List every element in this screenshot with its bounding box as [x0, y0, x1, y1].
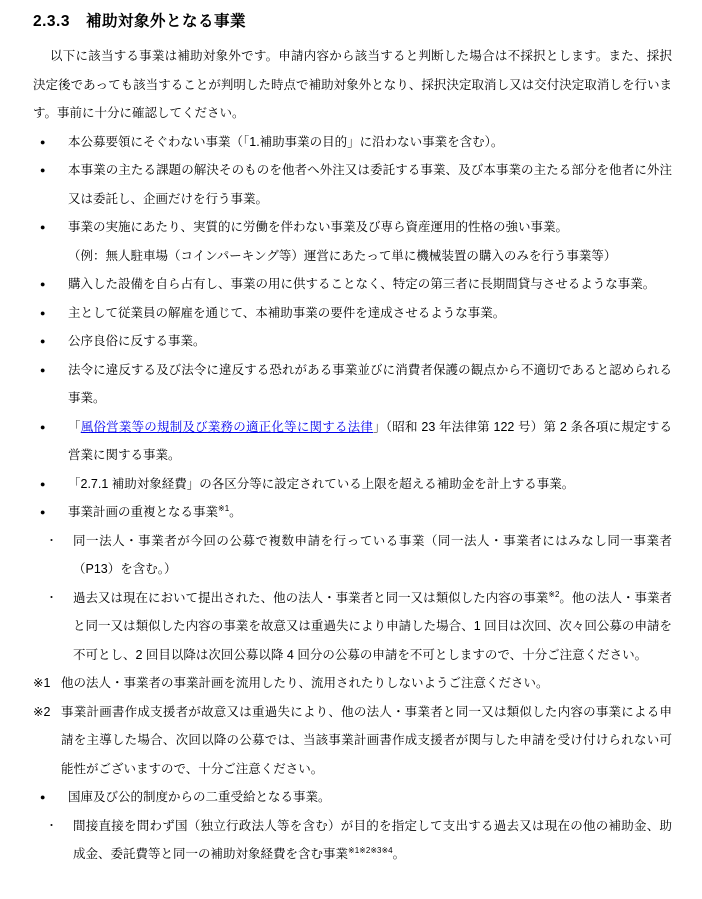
- fueiho-law-link[interactable]: 風俗営業等の規制及び業務の適正化等に関する法律: [81, 420, 373, 434]
- bullet-icon: ●: [33, 783, 68, 812]
- sub-bullet-icon: ・: [33, 527, 73, 556]
- sub-bullet-text-part1: 過去又は現在において提出された、他の法人・事業者と同一又は類似した内容の事業: [73, 591, 548, 605]
- footnote-1-label: ※1: [33, 669, 61, 698]
- bullet-item-dismissal: ● 主として従業員の解雇を通じて、本補助事業の要件を達成させるような事業。: [33, 299, 672, 328]
- footnote-2: ※2 事業計画書作成支援者が故意又は重過失により、他の法人・事業者と同一又は類似…: [33, 698, 672, 784]
- bullet-text: 「風俗営業等の規制及び業務の適正化等に関する法律」（昭和 23 年法律第 122…: [68, 413, 672, 470]
- bullet-text: 主として従業員の解雇を通じて、本補助事業の要件を達成させるような事業。: [68, 299, 672, 328]
- footnote-1: ※1 他の法人・事業者の事業計画を流用したり、流用されたりしないようご注意くださ…: [33, 669, 672, 698]
- bullet-icon: ●: [33, 498, 68, 527]
- sub-bullet-same-expenses: ・ 間接直接を問わず国（独立行政法人等を含む）が目的を指定して支出する過去又は現…: [33, 812, 672, 869]
- intro-paragraph: 以下に該当する事業は補助対象外です。申請内容から該当すると判断した場合は不採択と…: [33, 42, 672, 128]
- bullet-icon: ●: [33, 156, 68, 185]
- document-page: 2.3.3 補助対象外となる事業 以下に該当する事業は補助対象外です。申請内容か…: [0, 0, 702, 899]
- bullet-text: 国庫及び公的制度からの二重受給となる事業。: [68, 783, 672, 812]
- bullet-item-adult-business-law: ● 「風俗営業等の規制及び業務の適正化等に関する法律」（昭和 23 年法律第 1…: [33, 413, 672, 470]
- bullet-text-example: （例：無人駐車場（コインパーキング等）運営にあたって単に機械装置の購入のみを行う…: [68, 242, 672, 271]
- bullet-text: 本公募要領にそぐわない事業（「1.補助事業の目的」に沿わない事業を含む）。: [68, 128, 672, 157]
- bullet-icon: ●: [33, 356, 68, 385]
- period: 。: [229, 505, 242, 519]
- bullet-icon: ●: [33, 128, 68, 157]
- bullet-icon: ●: [33, 213, 68, 242]
- footnote-2-label: ※2: [33, 698, 61, 727]
- quote-open: 「: [68, 420, 81, 434]
- section-heading: 2.3.3 補助対象外となる事業: [33, 0, 672, 33]
- bullet-icon: ●: [33, 470, 68, 499]
- sub-bullet-text: 過去又は現在において提出された、他の法人・事業者と同一又は類似した内容の事業※2…: [73, 584, 672, 670]
- bullet-item-requirements: ● 本公募要領にそぐわない事業（「1.補助事業の目的」に沿わない事業を含む）。: [33, 128, 672, 157]
- sub-bullet-similar-content: ・ 過去又は現在において提出された、他の法人・事業者と同一又は類似した内容の事業…: [33, 584, 672, 670]
- sub-bullet-text: 同一法人・事業者が今回の公募で複数申請を行っている事業（同一法人・事業者にはみな…: [73, 527, 672, 584]
- bullet-icon: ●: [33, 299, 68, 328]
- bullet-item-duplicate-plan: ● 事業計画の重複となる事業※1。: [33, 498, 672, 527]
- footnote-ref-1: ※1: [218, 504, 229, 513]
- bullet-text: 公序良俗に反する事業。: [68, 327, 672, 356]
- bullet-icon: ●: [33, 327, 68, 356]
- bullet-text: 本事業の主たる課題の解決そのものを他者へ外注又は委託する事業、及び本事業の主たる…: [68, 156, 672, 213]
- footnote-1-text: 他の法人・事業者の事業計画を流用したり、流用されたりしないようご注意ください。: [61, 669, 672, 698]
- bullet-text-main: 事業の実施にあたり、実質的に労働を伴わない事業及び専ら資産運用的性格の強い事業。: [68, 213, 672, 242]
- bullet-item-expense-limit: ● 「2.7.1 補助対象経費」の各区分等に設定されている上限を超える補助金を計…: [33, 470, 672, 499]
- sub-bullet-icon: ・: [33, 812, 73, 841]
- bullet-icon: ●: [33, 270, 68, 299]
- bullet-item-outsourcing: ● 本事業の主たる課題の解決そのものを他者へ外注又は委託する事業、及び本事業の主…: [33, 156, 672, 213]
- bullet-text-main: 事業計画の重複となる事業: [68, 505, 218, 519]
- footnote-2-text: 事業計画書作成支援者が故意又は重過失により、他の法人・事業者と同一又は類似した内…: [61, 698, 672, 784]
- bullet-text: 事業の実施にあたり、実質的に労働を伴わない事業及び専ら資産運用的性格の強い事業。…: [68, 213, 672, 270]
- bullet-item-double-subsidy: ● 国庫及び公的制度からの二重受給となる事業。: [33, 783, 672, 812]
- footnote-ref-2: ※2: [548, 590, 559, 599]
- bullet-icon: ●: [33, 413, 68, 442]
- bullet-text: 購入した設備を自ら占有し、事業の用に供することなく、特定の第三者に長期間貸与させ…: [68, 270, 672, 299]
- bullet-item-public-order: ● 公序良俗に反する事業。: [33, 327, 672, 356]
- period: 。: [393, 847, 406, 861]
- bullet-text: 法令に違反する及び法令に違反する恐れがある事業並びに消費者保護の観点から不適切で…: [68, 356, 672, 413]
- bullet-item-no-labor: ● 事業の実施にあたり、実質的に労働を伴わない事業及び専ら資産運用的性格の強い事…: [33, 213, 672, 270]
- sub-bullet-multiple-applications: ・ 同一法人・事業者が今回の公募で複数申請を行っている事業（同一法人・事業者には…: [33, 527, 672, 584]
- bullet-item-illegal: ● 法令に違反する及び法令に違反する恐れがある事業並びに消費者保護の観点から不適…: [33, 356, 672, 413]
- footnote-ref-all: ※1※2※3※4: [348, 846, 393, 855]
- sub-bullet-icon: ・: [33, 584, 73, 613]
- bullet-text: 「2.7.1 補助対象経費」の各区分等に設定されている上限を超える補助金を計上す…: [68, 470, 672, 499]
- sub-bullet-text: 間接直接を問わず国（独立行政法人等を含む）が目的を指定して支出する過去又は現在の…: [73, 812, 672, 869]
- bullet-item-equipment-lease: ● 購入した設備を自ら占有し、事業の用に供することなく、特定の第三者に長期間貸与…: [33, 270, 672, 299]
- bullet-text: 事業計画の重複となる事業※1。: [68, 498, 672, 527]
